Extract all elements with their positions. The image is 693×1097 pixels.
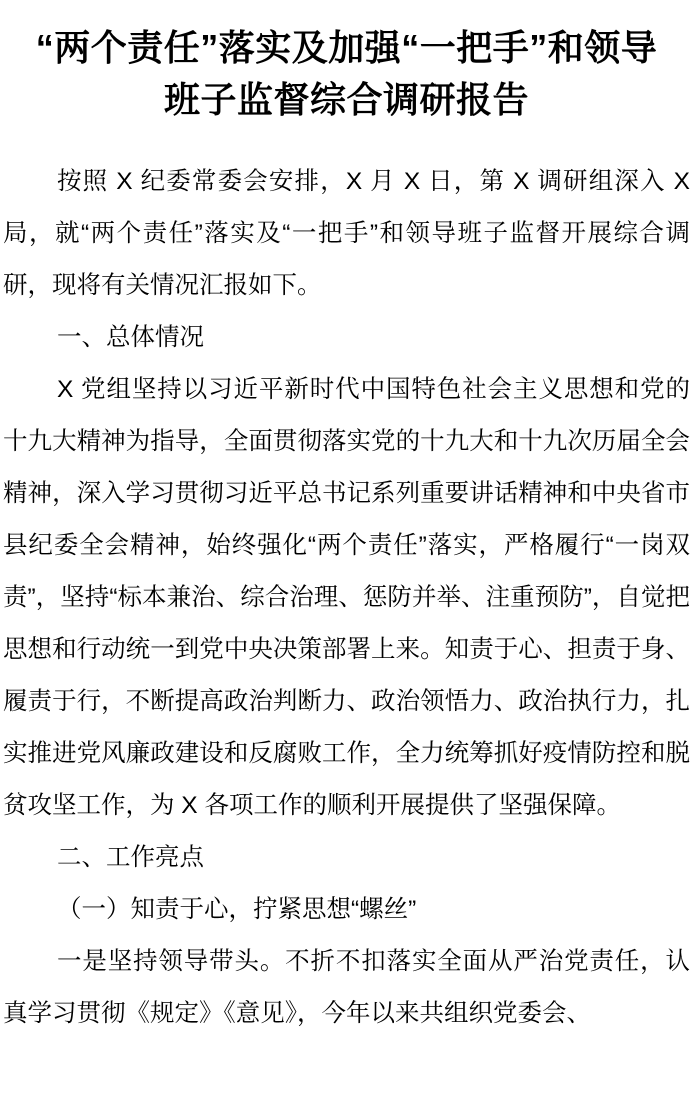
section-heading: 一、总体情况 (3, 312, 690, 364)
sub-heading: （一）知责于心，拧紧思想“螺丝” (3, 884, 690, 936)
document-title: “两个责任”落实及加强“一把手”和领导班子监督综合调研报告 (3, 22, 690, 126)
document-page: “两个责任”落实及加强“一把手”和领导班子监督综合调研报告 按照 X 纪委常委会… (0, 0, 693, 1097)
document-body: 按照 X 纪委常委会安排，X 月 X 日，第 X 调研组深入 X 局，就“两个责… (3, 156, 690, 1040)
paragraph: 一是坚持领导带头。不折不扣落实全面从严治党责任，认真学习贯彻《规定》《意见》，今… (3, 936, 690, 1040)
paragraph: 按照 X 纪委常委会安排，X 月 X 日，第 X 调研组深入 X 局，就“两个责… (3, 156, 690, 312)
section-heading: 二、工作亮点 (3, 832, 690, 884)
paragraph: X 党组坚持以习近平新时代中国特色社会主义思想和党的十九大精神为指导，全面贯彻落… (3, 364, 690, 832)
